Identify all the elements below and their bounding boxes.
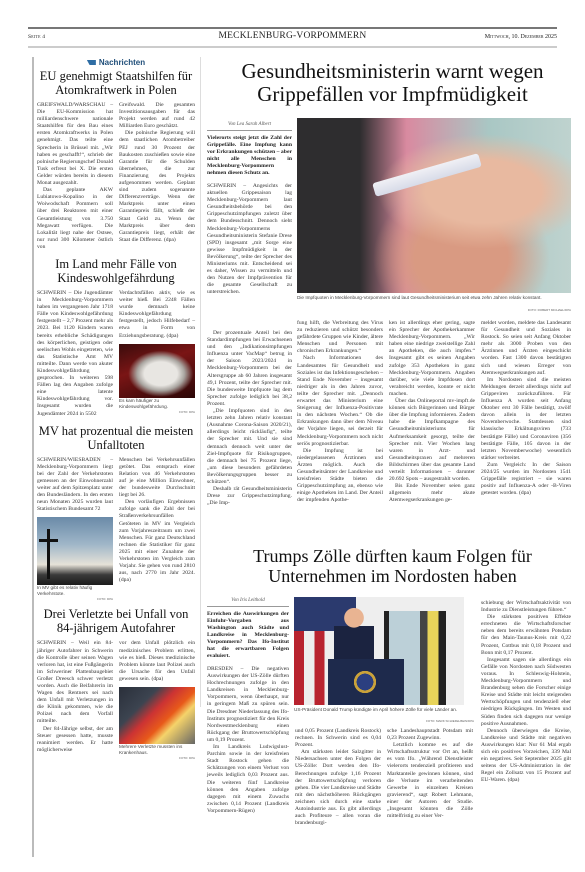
grippe-intro-column: Von Lea Sarah Albert Vielerorts steigt j… — [207, 122, 292, 297]
article-body: Der 84-Jährige selbst, der am Steuer ges… — [37, 726, 113, 754]
byline: Von Iris Leithold — [207, 598, 289, 607]
article-body: Bis Ende November seien ganz allgemein m… — [389, 483, 475, 504]
photo-credit: FOTO: DPA — [119, 410, 195, 414]
article-headline: Im Land mehr Fälle von Kindeswohlgefährd… — [37, 257, 195, 285]
header-rule-bottom — [28, 46, 557, 48]
article-body: und 0,05 Prozent (Landkreis Rostock) rec… — [295, 728, 381, 749]
article-body: Die stärksten positiven Effekte errechne… — [481, 614, 571, 657]
article-body: schiebung der Wirtschaftsaktivität von I… — [481, 600, 571, 614]
article-body: Verdachtsfällen aktiv, wie es weiter hie… — [119, 290, 195, 340]
teddy-bear-photo — [119, 344, 195, 398]
article-lead: Vielerorts steigt jetzt die Zahl der Gri… — [207, 135, 292, 177]
photo-caption: US-Präsident Donald Trump kündigte im Ap… — [294, 707, 474, 713]
page-header: Seite 4 MECKLENBURG-VORPOMMERN Mittwoch,… — [28, 31, 557, 45]
article-body: „Die Impfquoten sind in den letzten zehn… — [207, 408, 292, 486]
main-headline-grippe: Gesundheitsministerin warnt wegen Grippe… — [210, 60, 575, 106]
article-body: Deshalb rät Gesundheitsministerin Drese … — [207, 486, 292, 507]
article-headline: EU genehmigt Staatshilfen für Atomkraftw… — [37, 69, 195, 97]
column-divider — [200, 57, 201, 707]
article-headline: MV hat prozentual die meisten Unfalltote… — [37, 424, 195, 452]
photo-caption: Die Impfquoten in Mecklenburg-Vorpommern… — [297, 295, 571, 301]
grippe-col-a: Der prozentuale Anteil bei den Standardi… — [207, 330, 292, 507]
rubric-label: Nachrichten — [37, 58, 195, 67]
issue-date: Mittwoch, 10. Dezember 2025 — [485, 34, 557, 40]
article-body: Dennoch überwiegen die Kreise, Landkreis… — [481, 728, 571, 785]
article-body: sche Landeshauptstadt Potsdam mit 0,23 P… — [387, 728, 473, 742]
article-body: Die polnische Regierung will dem staatli… — [119, 130, 195, 244]
vaccination-photo — [297, 118, 571, 293]
photo-credit: FOTO: MARK SCHIEFELBEIN/DPA — [294, 719, 474, 723]
article-body: SCHWERIN – Die Jugendämter in Mecklenbur… — [37, 290, 113, 418]
main-headline-zoelle: Trumps Zölle dürften kaum Folgen für Unt… — [220, 547, 565, 587]
article-body: Nach Informationen des Landesamtes für G… — [297, 355, 383, 447]
article-body: Menschen bei Verkehrsunfällen getötet. D… — [119, 457, 195, 500]
byline: Von Lea Sarah Albert — [207, 122, 292, 131]
article-body: Über das Onlineportal mv-impft.de können… — [389, 398, 475, 483]
article-unfalltote: MV hat prozentual die meisten Unfalltote… — [37, 424, 195, 602]
article-body: ken ist allerdings eher gering, sagte ei… — [389, 320, 475, 398]
article-body: meldet worden, meldete das Landesamt für… — [481, 320, 571, 377]
zoelle-col-c: sche Landeshauptstadt Potsdam mit 0,23 P… — [387, 728, 473, 820]
trump-photo — [294, 597, 464, 705]
grippe-col-c: ken ist allerdings eher gering, sagte ei… — [389, 320, 475, 504]
photo-credit: FOTO: DPA — [119, 756, 195, 760]
header-rule-top — [28, 27, 557, 29]
article-body: Greifswald. Die gesamten Investitionsaus… — [119, 102, 195, 130]
article-body: SCHWERIN – Weil ein 84-jähriger Autofahr… — [37, 640, 113, 725]
news-column: Nachrichten EU genehmigt Staatshilfen fü… — [37, 58, 195, 760]
photo-caption: Mehrere Verletzte mussten ins Krankenhau… — [119, 744, 195, 756]
article-body: GREIFSWALD/WARSCHAU – Die EU-Kommission … — [37, 102, 113, 187]
article-body: Letztlich komme es auf die Wirtschaftsst… — [387, 742, 473, 820]
section-title: MECKLENBURG-VORPOMMERN — [28, 31, 557, 41]
grippe-col-b: fung hilft, die Verbreitung des Virus zu… — [297, 320, 383, 504]
photo-credit: FOTO: DPA — [37, 597, 113, 601]
article-body: fung hilft, die Verbreitung des Virus zu… — [297, 320, 383, 355]
zoelle-col-b: und 0,05 Prozent (Landkreis Rostock) rec… — [295, 728, 381, 827]
photo-caption: In MV gibt es relativ häufig Verkehrstot… — [37, 585, 113, 597]
article-headline: Drei Verletzte bei Unfall von 84-jährige… — [37, 607, 195, 635]
newspaper-page: Seite 4 MECKLENBURG-VORPOMMERN Mittwoch,… — [0, 0, 585, 872]
article-atomkraftwerk: EU genehmigt Staatshilfen für Atomkraftw… — [37, 69, 195, 251]
article-body: SCHWERIN/WIESBADEN – Mecklenburg-Vorpomm… — [37, 457, 113, 514]
cross-photo — [37, 517, 113, 585]
zoelle-col-d: schiebung der Wirtschaftsaktivität von I… — [481, 600, 571, 784]
ambulance-photo — [119, 687, 195, 744]
rubric-flag-icon — [87, 60, 96, 65]
left-margin-rule — [32, 57, 34, 857]
article-lead: Erreichen die Auswirkungen der Einfuhr-V… — [207, 611, 289, 660]
article-body: Im Landkreis Ludwigslust-Parchim sowie i… — [207, 744, 289, 815]
article-body: SCHWERIN – Angesichts der aktuellen Grip… — [207, 183, 292, 297]
article-body: Das geplante AKW Lubiatowo-Kopalino in d… — [37, 187, 113, 251]
article-body: Den vorläufigen Ergebnissen zufolge sank… — [119, 499, 195, 584]
article-autofahrer: Drei Verletzte bei Unfall von 84-jährige… — [37, 607, 195, 760]
article-body: Im Nordosten sind die meisten Meldungen … — [481, 377, 571, 462]
article-body: Die Impfung ist bei niedergelassenen Ärz… — [297, 448, 383, 505]
article-body: Zum Vergleich: In der Saison 2024/25 wur… — [481, 462, 571, 497]
photo-credit: FOTO: ROBERT MICHAEL/DPA — [297, 308, 571, 312]
zoelle-intro-column: Von Iris Leithold Erreichen die Auswirku… — [207, 598, 289, 815]
grippe-col-d: meldet worden, meldete das Landesamt für… — [481, 320, 571, 497]
article-body: vor dem Unfall plötzlich ein medizinisch… — [119, 640, 195, 683]
article-body: Am stärksten leidet Salzgitter in Nieder… — [295, 749, 381, 827]
article-body: DRESDEN – Die negativen Auswirkungen der… — [207, 666, 289, 744]
article-kindeswohl: Im Land mehr Fälle von Kindeswohlgefährd… — [37, 257, 195, 418]
photo-caption: Es kam häufiger zu Kindeswohlgefährdung. — [119, 398, 195, 410]
article-body: Insgesamt sagen sie allerdings ein Gefäl… — [481, 657, 571, 728]
article-body: Der prozentuale Anteil bei den Standardi… — [207, 330, 292, 408]
